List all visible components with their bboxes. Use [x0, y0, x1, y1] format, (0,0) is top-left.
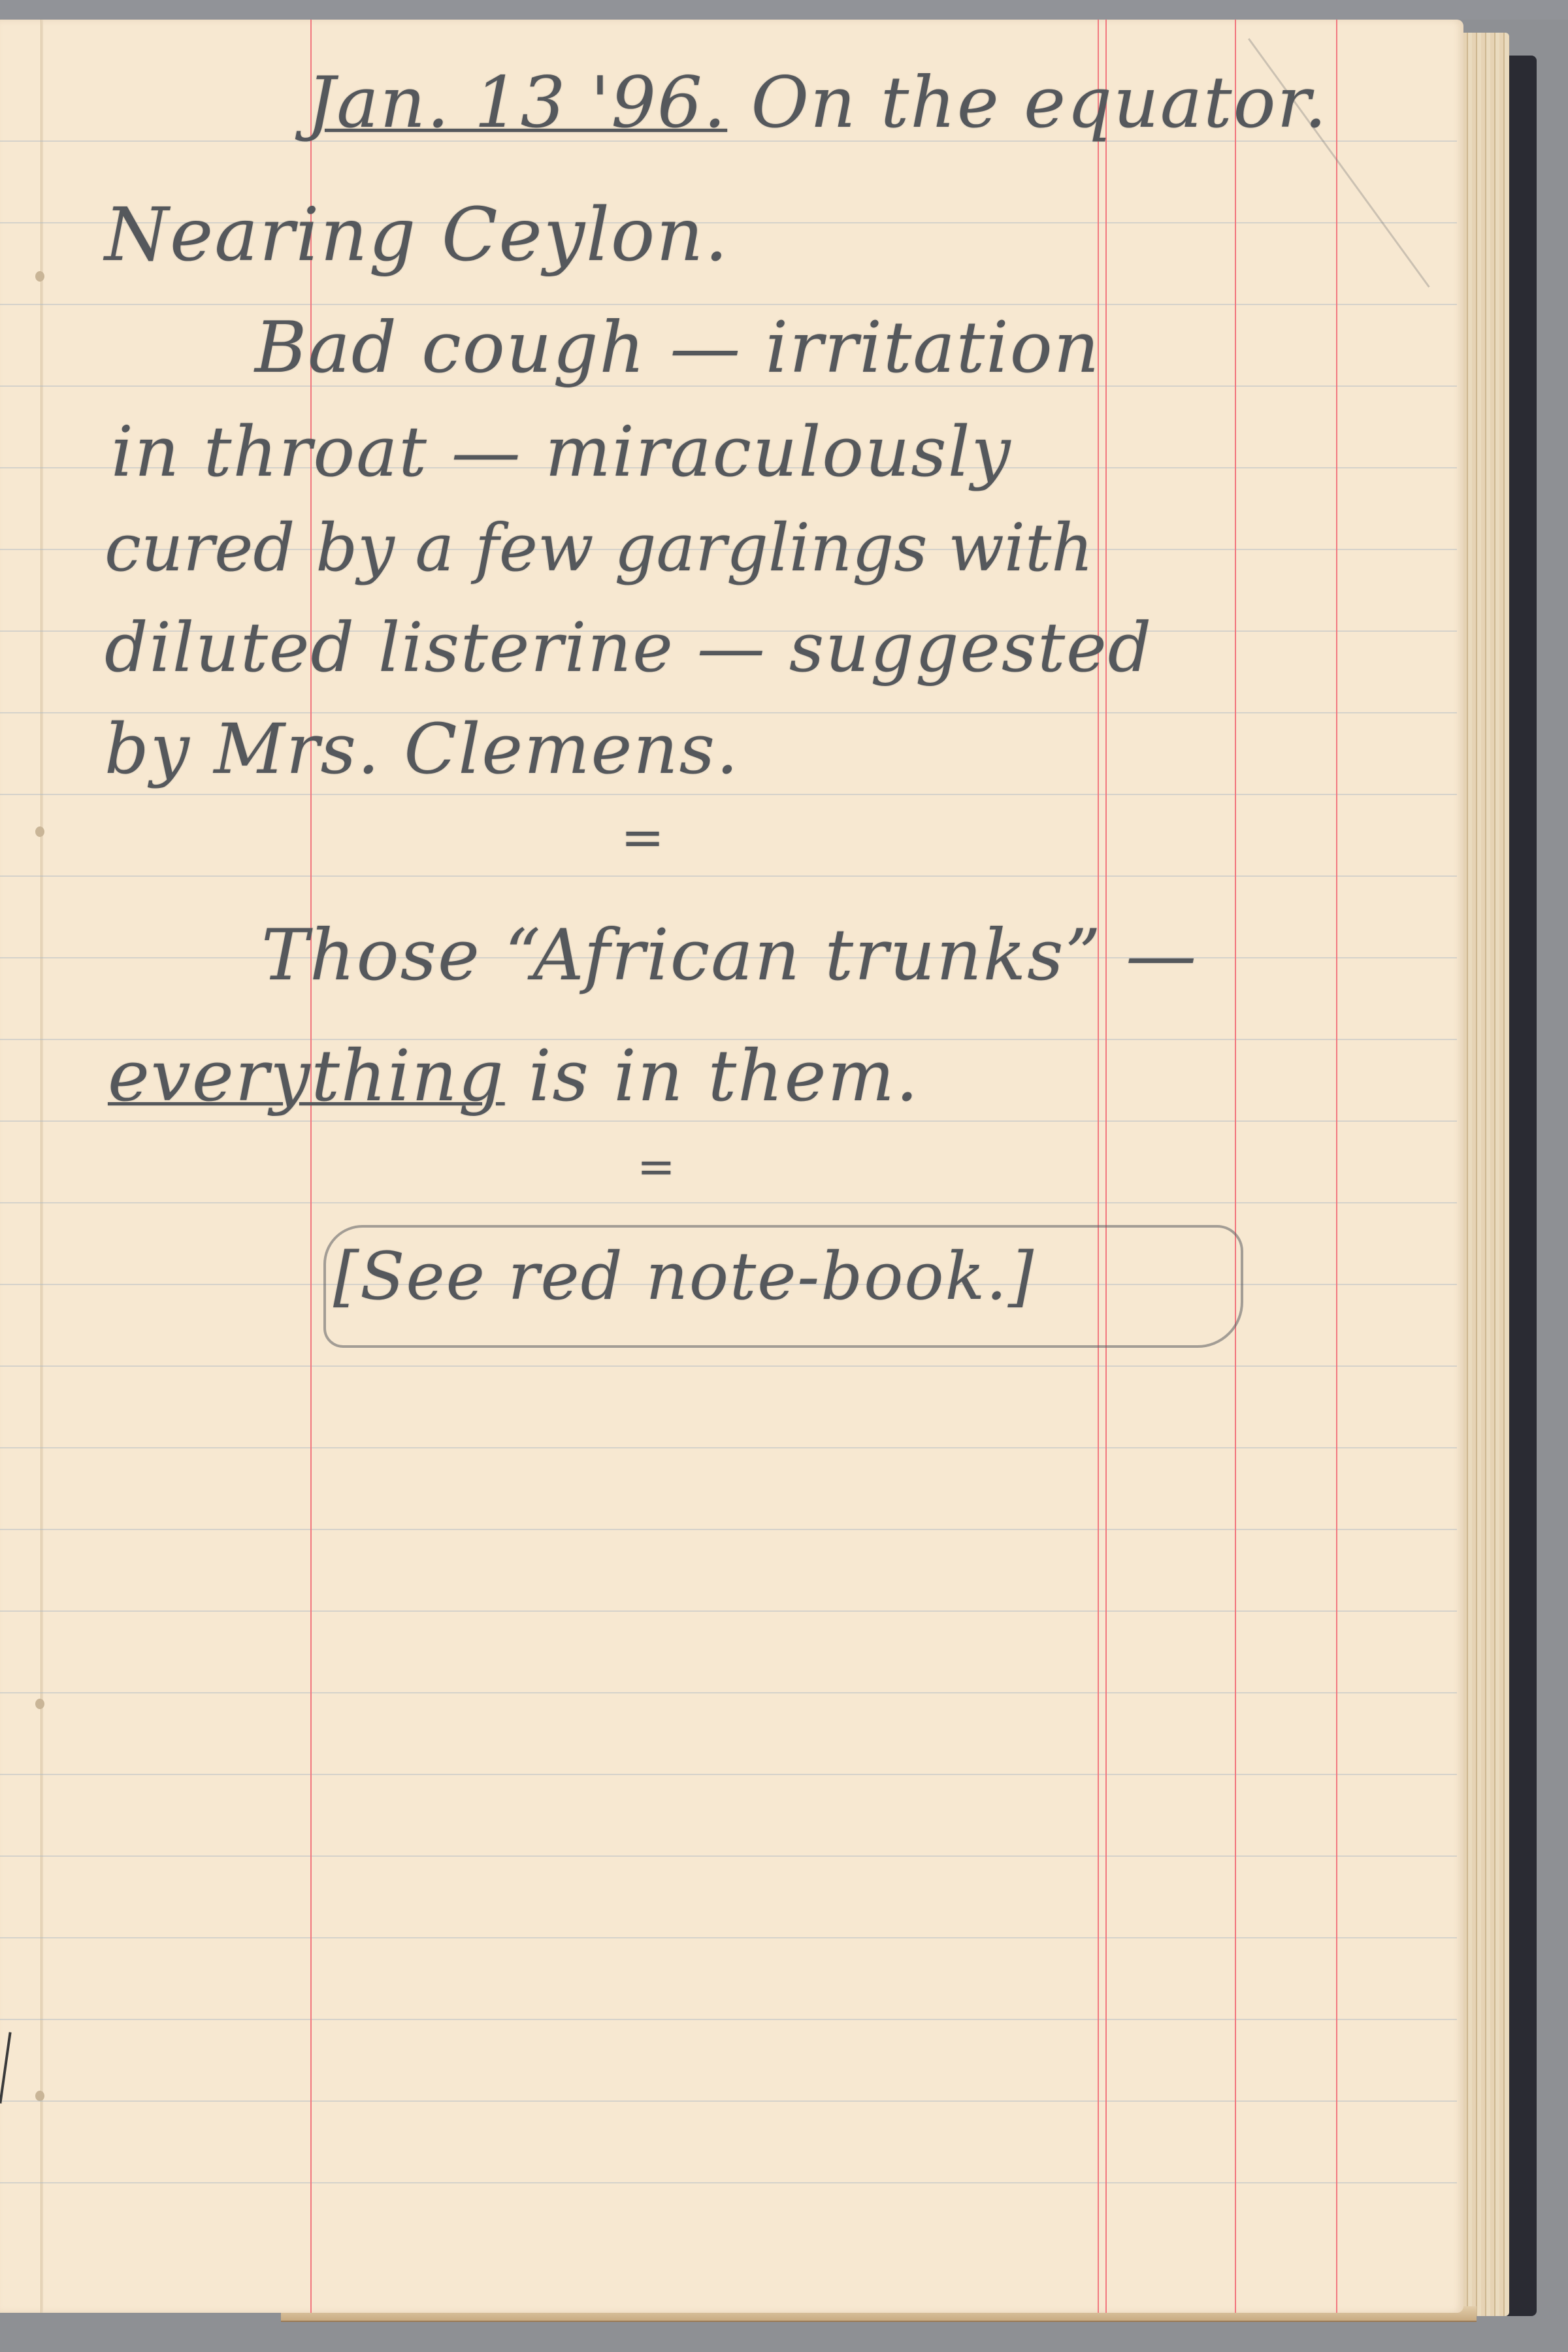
- ruled-line: [0, 1855, 1457, 1857]
- ruled-line: [0, 1447, 1457, 1448]
- entry-heading: Jan. 13 '96. On the equator.: [307, 62, 1328, 144]
- ruled-line: [0, 2182, 1457, 2183]
- stitch-hole: [35, 826, 44, 837]
- underlined-word: everything: [108, 1036, 505, 1117]
- scan-background: [0, 0, 1568, 20]
- handwritten-line: cured by a few garglings with: [105, 510, 1094, 586]
- ruled-line: [0, 875, 1457, 877]
- ruled-line: [0, 1202, 1457, 1203]
- ruled-line: [0, 1610, 1457, 1612]
- ruled-line: [0, 1365, 1457, 1367]
- handwritten-line: Those “African trunks” —: [261, 915, 1198, 996]
- handwritten-line: in throat — miraculously: [111, 412, 1012, 492]
- handwritten-line: by Mrs. Clemens.: [105, 709, 740, 789]
- section-separator: =: [637, 1140, 677, 1194]
- entry-location: On the equator.: [751, 62, 1328, 144]
- handwritten-line: Nearing Ceylon.: [105, 193, 729, 278]
- ruled-line: [0, 2100, 1457, 2102]
- ruled-line: [0, 1529, 1457, 1530]
- ruled-line: [0, 1692, 1457, 1693]
- ruled-line: [0, 794, 1457, 795]
- ruled-line: [0, 1774, 1457, 1775]
- stitch-hole: [35, 271, 44, 282]
- boxed-note: [See red note-book.]: [333, 1238, 1035, 1315]
- stitch-hole: [35, 2091, 44, 2101]
- column-red-line: [1336, 20, 1337, 2313]
- handwritten-line: Bad cough — irritation: [255, 307, 1100, 389]
- ruled-line: [0, 2019, 1457, 2020]
- handwritten-line: everything is in them.: [108, 1036, 919, 1117]
- stitch-hole: [35, 1699, 44, 1709]
- line-rest: is in them.: [505, 1036, 920, 1117]
- entry-date: Jan. 13 '96.: [307, 62, 727, 144]
- section-separator: =: [621, 807, 666, 868]
- ruled-line: [0, 1120, 1457, 1122]
- binding-gutter: [41, 20, 43, 2313]
- ruled-line: [0, 1937, 1457, 1938]
- column-red-line: [1105, 20, 1107, 2313]
- handwritten-line: diluted listerine — suggested: [105, 608, 1152, 687]
- column-red-line: [1235, 20, 1236, 2313]
- ruled-line: [0, 304, 1457, 305]
